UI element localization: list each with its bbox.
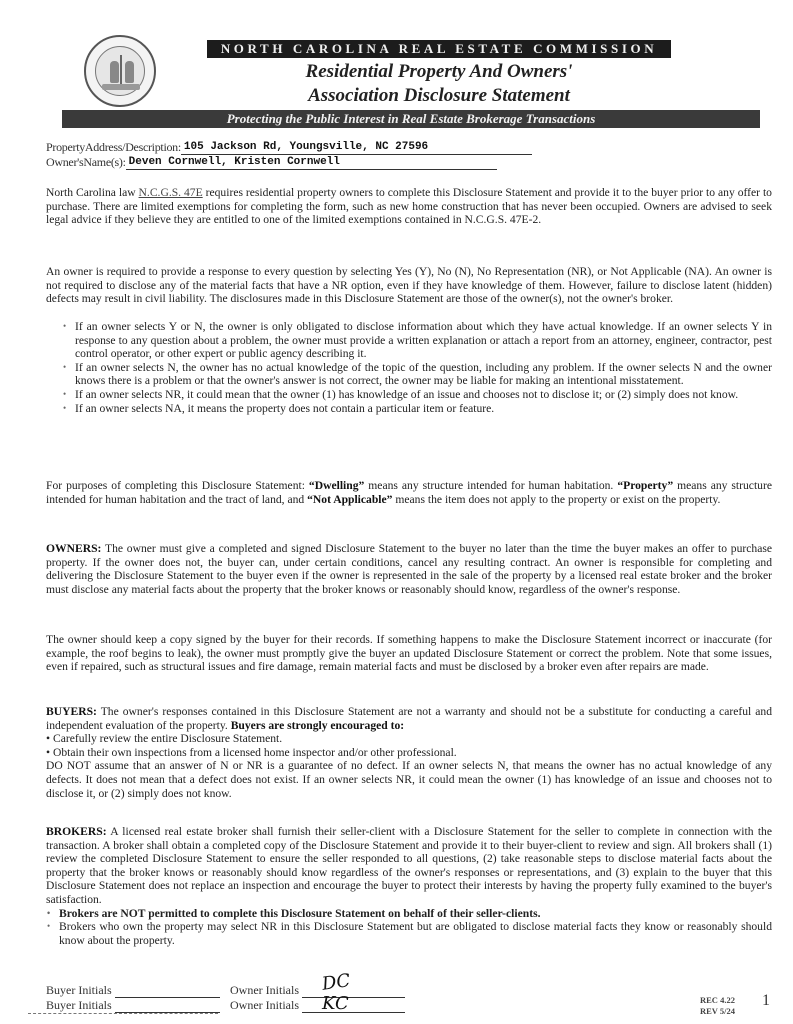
owners-heading: OWNERS:	[46, 542, 101, 555]
buyer-initials-2: Buyer Initials	[46, 998, 220, 1013]
buyers-paragraph: BUYERS: The owner's responses contained …	[46, 705, 772, 800]
keep-copy-paragraph: The owner should keep a copy signed by t…	[46, 633, 772, 674]
buyer-initials-field[interactable]	[115, 986, 220, 998]
owner-initials-1: Owner Initials	[230, 983, 405, 998]
owner-names-label: Owner'sName(s):	[46, 155, 126, 170]
buyers-heading: BUYERS:	[46, 705, 97, 718]
seal-figure-left	[110, 61, 119, 83]
definitions-intro: For purposes of completing this Disclosu…	[46, 479, 309, 492]
brokers-heading: BROKERS:	[46, 825, 107, 838]
list-item: If an owner selects Y or N, the owner is…	[62, 320, 772, 361]
seal-pole	[120, 55, 122, 85]
seal-inner	[95, 46, 145, 96]
buyer-initials-1: Buyer Initials	[46, 983, 220, 998]
response-requirement-paragraph: An owner is required to provide a respon…	[46, 265, 772, 306]
term-dwelling: “Dwelling”	[309, 479, 364, 492]
list-item: • Obtain their own inspections from a li…	[46, 746, 772, 760]
seal-ground	[102, 84, 140, 90]
list-item: If an owner selects N, the owner has no …	[62, 361, 772, 388]
owner-initials-label: Owner Initials	[230, 998, 299, 1012]
list-item: • Carefully review the entire Disclosure…	[46, 732, 772, 746]
strike-through-mark	[28, 1013, 218, 1014]
nc-commission-seal-icon	[84, 35, 156, 107]
property-address-row: PropertyAddress/Description: 105 Jackson…	[46, 139, 532, 155]
owner-signature-initials-1: DC	[321, 970, 352, 995]
property-address-field[interactable]: 105 Jackson Rd, Youngsville, NC 27596	[181, 140, 532, 155]
property-address-label: PropertyAddress/Description:	[46, 140, 181, 155]
owner-names-row: Owner'sName(s): Deven Cornwell, Kristen …	[46, 154, 497, 170]
document-title-line-2: Association Disclosure Statement	[200, 85, 678, 107]
owner-initials-field[interactable]	[302, 986, 405, 998]
list-item: Brokers who own the property may select …	[46, 920, 772, 947]
definition-not-applicable: means the item does not apply to the pro…	[392, 493, 720, 506]
list-item: Brokers are NOT permitted to complete th…	[46, 907, 772, 921]
owner-initials-label: Owner Initials	[230, 983, 299, 997]
buyers-text: The owner's responses contained in this …	[46, 705, 772, 732]
page-number: 1	[762, 992, 770, 1010]
buyers-closing: DO NOT assume that an answer of N or NR …	[46, 759, 772, 800]
commission-banner: NORTH CAROLINA REAL ESTATE COMMISSION	[207, 40, 671, 58]
definitions-paragraph: For purposes of completing this Disclosu…	[46, 479, 772, 506]
owner-initials-2: Owner Initials	[230, 998, 405, 1013]
intro-paragraph: North Carolina law N.C.G.S. 47E requires…	[46, 186, 772, 227]
brokers-paragraph: BROKERS: A licensed real estate broker s…	[46, 825, 772, 947]
brokers-list: Brokers are NOT permitted to complete th…	[46, 907, 772, 948]
list-item: If an owner selects NA, it means the pro…	[62, 402, 772, 416]
owner-signature-initials-2: KC	[322, 993, 349, 1014]
brokers-text: A licensed real estate broker shall furn…	[46, 825, 772, 906]
intro-text-start: North Carolina law	[46, 186, 139, 199]
buyer-initials-label: Buyer Initials	[46, 983, 112, 997]
revision-date: REV 5/24	[700, 1006, 735, 1016]
buyer-initials-label: Buyer Initials	[46, 998, 112, 1012]
tagline-banner: Protecting the Public Interest in Real E…	[62, 110, 760, 128]
owners-paragraph: OWNERS: The owner must give a completed …	[46, 542, 772, 596]
list-item: If an owner selects NR, it could mean th…	[62, 388, 772, 402]
term-property: “Property”	[617, 479, 673, 492]
ncgs-47e-link[interactable]: N.C.G.S. 47E	[139, 186, 203, 199]
buyers-emphasis: Buyers are strongly encouraged to:	[231, 719, 404, 732]
response-options-list: If an owner selects Y or N, the owner is…	[62, 320, 772, 415]
owner-names-field[interactable]: Deven Cornwell, Kristen Cornwell	[126, 155, 497, 170]
document-title-line-1: Residential Property And Owners'	[200, 61, 678, 83]
owners-text: The owner must give a completed and sign…	[46, 542, 772, 596]
owner-initials-field[interactable]	[302, 1001, 405, 1013]
form-code: REC 4.22	[700, 995, 735, 1005]
buyer-initials-field[interactable]	[115, 1001, 220, 1013]
definition-dwelling: means any structure intended for human h…	[364, 479, 617, 492]
seal-figure-right	[125, 61, 134, 83]
term-not-applicable: “Not Applicable”	[307, 493, 392, 506]
